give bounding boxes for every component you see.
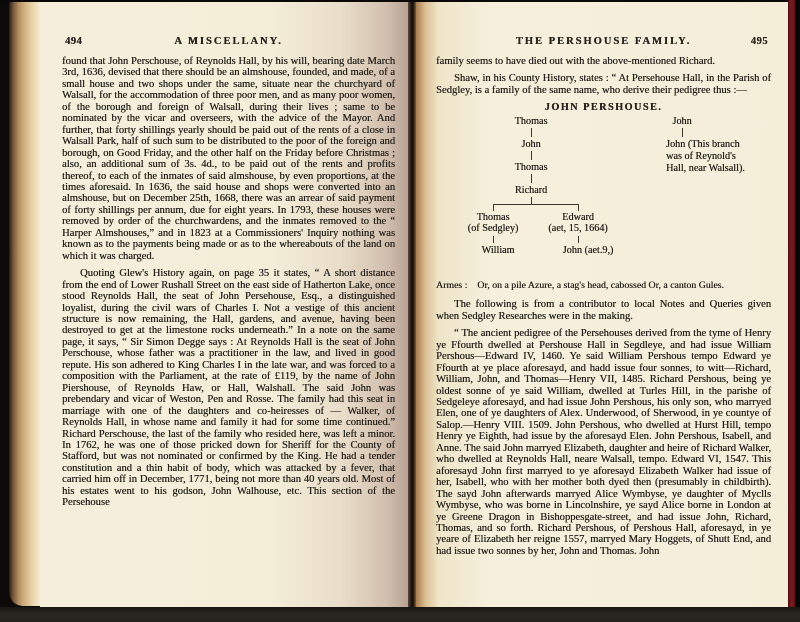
page-number: 494 bbox=[65, 36, 82, 47]
right-page-header: THE PERSHOUSE FAMILY. 495 bbox=[436, 36, 771, 51]
tree-line bbox=[578, 236, 579, 243]
pedigree-node: John bbox=[672, 116, 691, 127]
book-gutter bbox=[408, 2, 416, 607]
pedigree-node: John bbox=[521, 139, 540, 150]
running-header: A MISCELLANY. bbox=[174, 36, 282, 47]
tree-line bbox=[531, 128, 532, 137]
scan-border-right bbox=[795, 0, 800, 622]
tree-line bbox=[493, 204, 579, 205]
left-page: 494 A MISCELLANY. found that John Persch… bbox=[40, 2, 408, 607]
paragraph: “ The ancient pedigree of the Persehouse… bbox=[436, 328, 771, 557]
paragraph: The following is from a contributor to l… bbox=[436, 299, 771, 322]
left-page-content: 494 A MISCELLANY. found that John Persch… bbox=[40, 2, 408, 509]
pedigree-node: Thomas bbox=[515, 162, 548, 173]
right-page-content: THE PERSHOUSE FAMILY. 495 family seems t… bbox=[416, 2, 788, 557]
tree-line bbox=[531, 197, 532, 204]
pedigree-node: William bbox=[482, 245, 515, 256]
pedigree-node: Thomas bbox=[477, 212, 510, 223]
book-cover-edge bbox=[788, 0, 795, 622]
pedigree-node: Richard bbox=[515, 185, 547, 196]
tree-line bbox=[682, 128, 683, 137]
running-header: THE PERSHOUSE FAMILY. bbox=[516, 36, 692, 47]
tree-line bbox=[493, 236, 494, 243]
armes-label: Armes : bbox=[436, 280, 467, 291]
paragraph: Quoting Glew's History again, on page 35… bbox=[62, 268, 395, 509]
pedigree-node-note: (of Sedgley) bbox=[468, 223, 519, 234]
book-scan: 494 A MISCELLANY. found that John Persch… bbox=[0, 0, 800, 622]
pedigree-node: Thomas bbox=[515, 116, 548, 127]
scan-border-bottom bbox=[0, 607, 800, 622]
pedigree-title: JOHN PERSHOUSE. bbox=[436, 102, 771, 113]
pedigree-chart: JOHN PERSHOUSE. Thomas John Thomas Richa… bbox=[436, 102, 771, 270]
tree-line bbox=[578, 204, 579, 211]
tree-line bbox=[493, 204, 494, 211]
left-page-header: 494 A MISCELLANY. bbox=[62, 36, 395, 51]
armes-text: Or, on a pile Azure, a stag's head, cabo… bbox=[477, 280, 724, 291]
pedigree-node: Edward bbox=[562, 212, 594, 223]
pedigree-node-note: (aet, 15, 1664) bbox=[548, 223, 607, 234]
armes-blazon: Armes :Or, on a pile Azure, a stag's hea… bbox=[436, 280, 771, 291]
paragraph: found that John Perschouse, of Reynolds … bbox=[62, 56, 395, 262]
book-page-edges bbox=[9, 2, 40, 606]
paragraph: Shaw, in his County History, states : “ … bbox=[436, 73, 771, 96]
pedigree-node: John (aet.9,) bbox=[563, 245, 614, 256]
pedigree-branch-note: John (This branch was of Reynold's Hall,… bbox=[666, 139, 745, 175]
page-number: 495 bbox=[751, 36, 768, 47]
tree-line bbox=[531, 151, 532, 160]
tree-line bbox=[531, 174, 532, 183]
right-page: THE PERSHOUSE FAMILY. 495 family seems t… bbox=[416, 2, 788, 607]
paragraph: family seems to have died out with the a… bbox=[436, 56, 771, 67]
